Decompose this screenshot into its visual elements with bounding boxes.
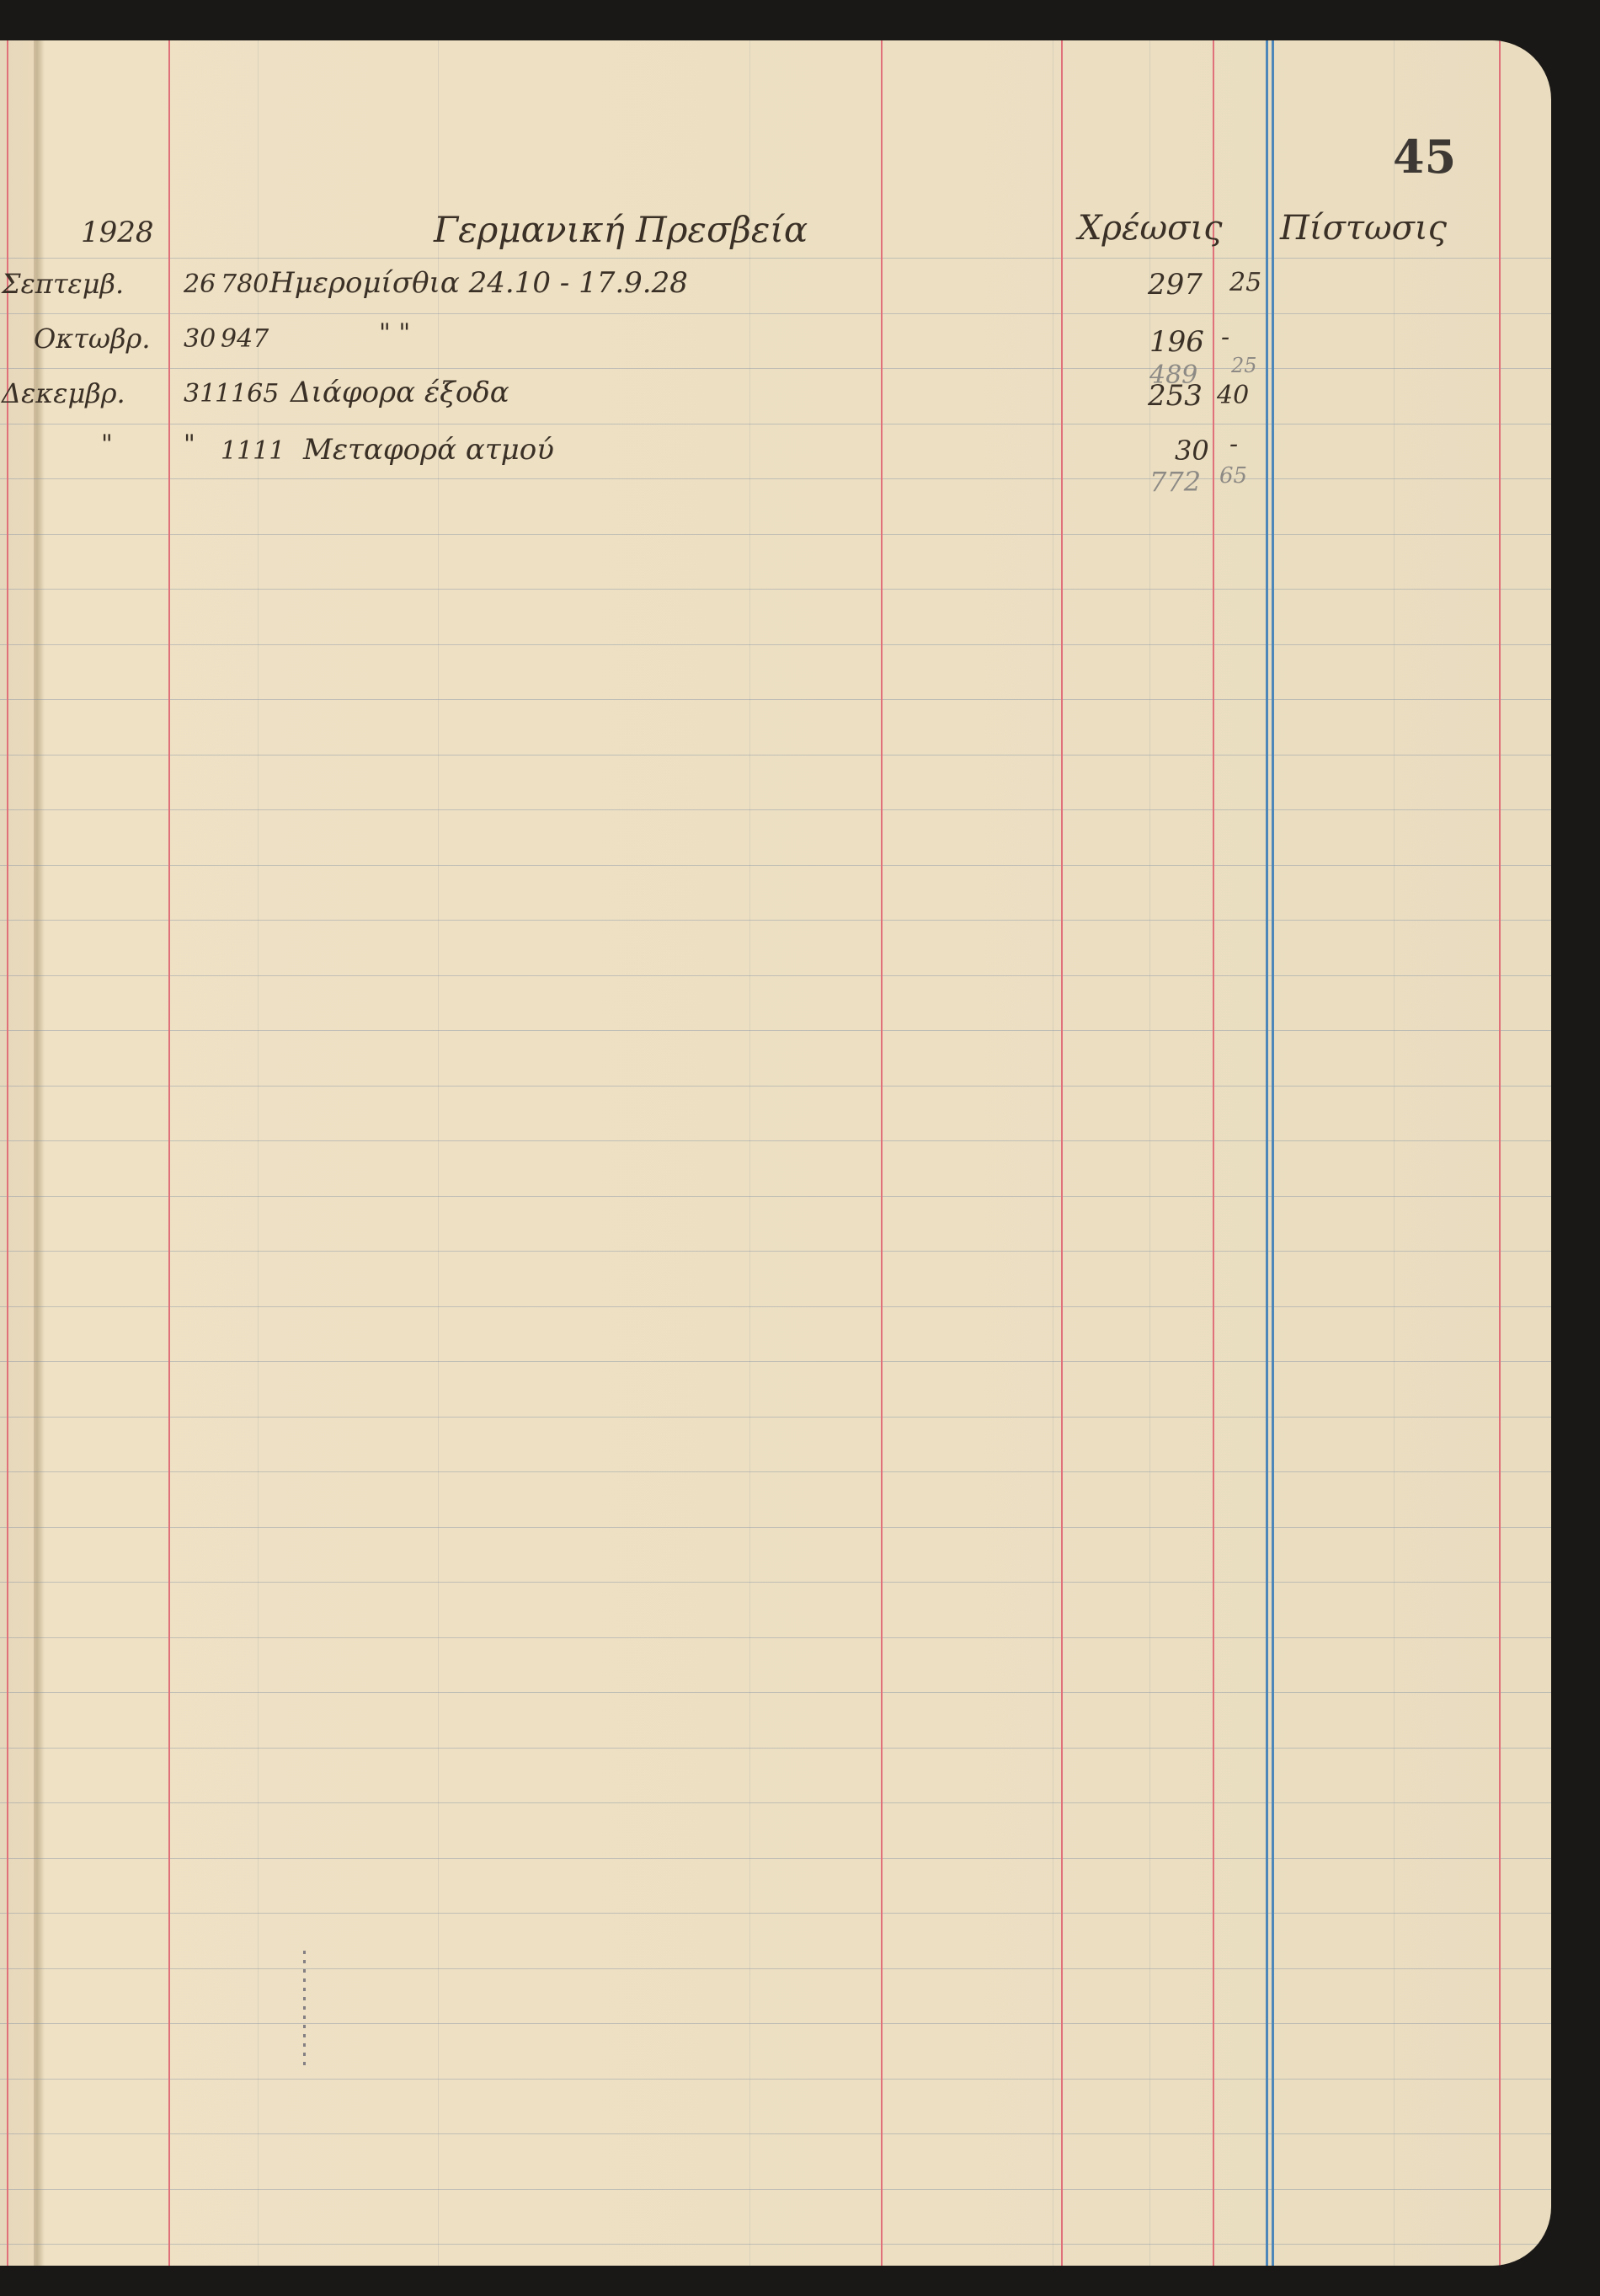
ruled-line — [0, 1582, 1551, 1583]
entry-month: Δεκεμβρ. — [2, 377, 125, 409]
ruled-line — [0, 258, 1551, 259]
entry-folio: 1111 — [221, 436, 285, 466]
binding-gutter — [34, 40, 45, 2266]
entry-month: Οκτωβρ. — [34, 323, 151, 355]
ruled-line — [0, 2023, 1551, 2024]
ruled-line — [0, 478, 1551, 479]
column-rule-red — [1499, 40, 1501, 2266]
faint-rule — [749, 40, 750, 2266]
ruled-line — [0, 1471, 1551, 1472]
page-number: 45 — [1393, 130, 1456, 184]
ruled-line — [0, 1361, 1551, 1362]
pencil-dash-mark — [303, 1951, 306, 2069]
faint-rule — [1394, 40, 1395, 2266]
ruled-line — [0, 1858, 1551, 1859]
ruled-line — [0, 368, 1551, 369]
faint-rule — [258, 40, 259, 2266]
ruled-line — [0, 1748, 1551, 1749]
ditto-mark: " " — [379, 318, 410, 348]
ruled-line — [0, 2244, 1551, 2245]
ruled-line — [0, 1251, 1551, 1252]
entry-description: Μεταφορά ατμού — [303, 433, 554, 467]
ruled-line — [0, 1140, 1551, 1141]
entry-folio: 1165 — [215, 379, 279, 408]
ruled-line — [0, 1913, 1551, 1914]
ruled-line — [0, 865, 1551, 866]
faint-rule — [1053, 40, 1053, 2266]
debit-cents: 25 — [1229, 268, 1261, 297]
ruled-line — [0, 975, 1551, 976]
pencil-subtotal-cents: 25 — [1231, 354, 1257, 377]
margin-rule-red — [7, 40, 8, 2266]
entry-day: 26 — [184, 270, 216, 299]
entry-day: 31 — [184, 379, 216, 408]
ruled-line — [0, 1527, 1551, 1528]
debit-amount: 196 — [1149, 325, 1204, 359]
debit-header: Χρέωσις — [1078, 209, 1222, 248]
ruled-line — [0, 1196, 1551, 1197]
debit-cents: - — [1229, 430, 1238, 459]
ruled-line — [0, 534, 1551, 535]
ruled-line — [0, 699, 1551, 700]
entry-description: Ημερομίσθια 24.10 - 17.9.28 — [269, 266, 688, 300]
ruled-line — [0, 313, 1551, 314]
faint-rule — [438, 40, 439, 2266]
ruled-line — [0, 1802, 1551, 1803]
credit-header: Πίστωσις — [1280, 209, 1447, 248]
ruled-line — [0, 424, 1551, 424]
year: 1928 — [81, 216, 154, 249]
column-rule-red — [881, 40, 883, 2266]
margin-rule-red — [168, 40, 170, 2266]
ditto-mark: " — [184, 430, 195, 459]
ruled-line — [0, 755, 1551, 756]
ruled-line — [0, 1637, 1551, 1638]
account-title: Γερμανική Πρεσβεία — [434, 209, 808, 250]
entry-folio: 947 — [221, 324, 269, 354]
debit-amount: 253 — [1148, 379, 1203, 413]
entry-description: Διάφορα έξοδα — [291, 376, 509, 409]
entry-day: 30 — [184, 324, 216, 354]
ruled-line — [0, 1086, 1551, 1087]
ruled-line — [0, 1692, 1551, 1693]
column-rule-red — [1213, 40, 1214, 2266]
ditto-mark: " — [101, 430, 113, 459]
ruled-line — [0, 809, 1551, 810]
ruled-line — [0, 1968, 1551, 1969]
column-rule-red — [1061, 40, 1063, 2266]
ruled-line — [0, 1030, 1551, 1031]
entry-month: Σεπτεμβ. — [2, 268, 124, 300]
column-rule-blue — [1272, 40, 1274, 2266]
debit-amount: 30 — [1175, 435, 1209, 467]
debit-amount: 297 — [1148, 268, 1203, 302]
ruled-line — [0, 2189, 1551, 2190]
column-rule-blue — [1266, 40, 1268, 2266]
pencil-subtotal: 772 — [1149, 466, 1201, 498]
ruled-line — [0, 1306, 1551, 1307]
ruled-line — [0, 644, 1551, 645]
ruled-line — [0, 589, 1551, 590]
debit-cents: - — [1221, 323, 1229, 352]
ruled-line — [0, 2133, 1551, 2134]
ruled-line — [0, 2079, 1551, 2080]
debit-cents: 40 — [1217, 381, 1249, 410]
ruled-line — [0, 920, 1551, 921]
ledger-page: 45 1928 Γερμανική Πρεσβεία Χρέωσις Πίστω… — [0, 40, 1551, 2266]
pencil-subtotal-cents: 65 — [1219, 463, 1247, 489]
entry-folio: 780 — [221, 270, 269, 299]
ruled-line — [0, 1417, 1551, 1418]
